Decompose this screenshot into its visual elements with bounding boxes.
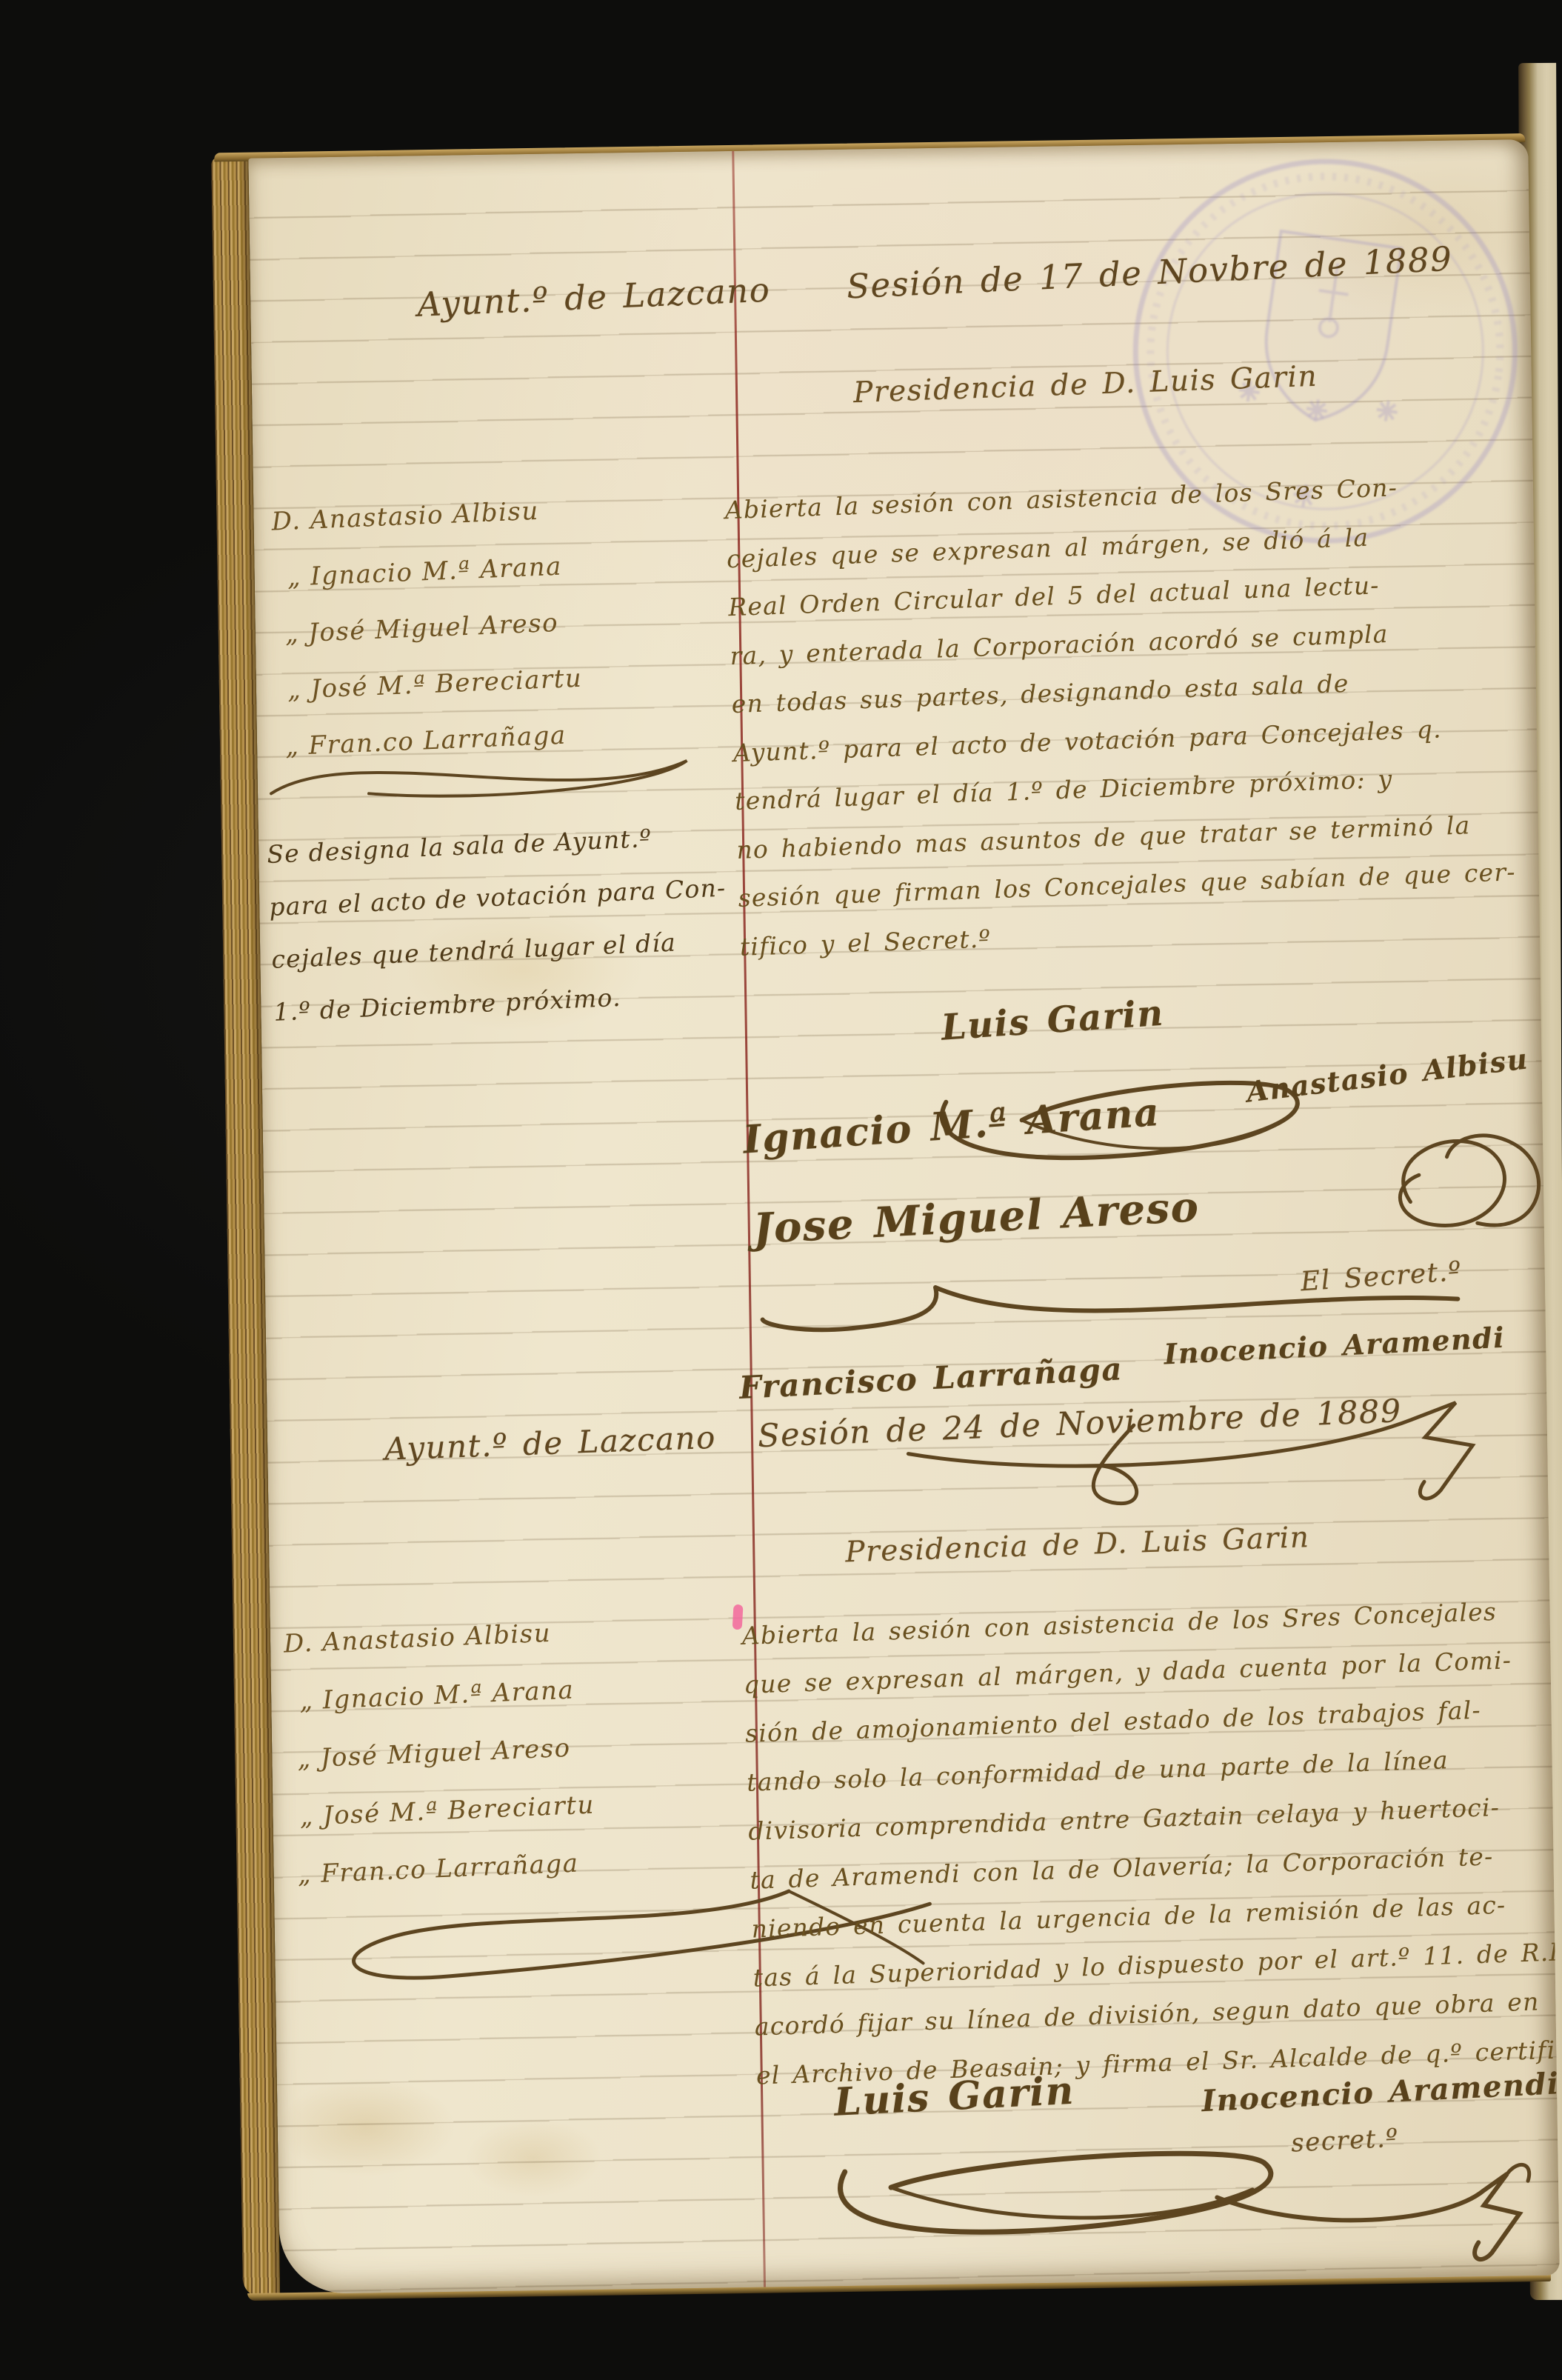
session2-body-text: Abierta la sesión con asistencia de los …: [741, 1584, 1560, 2100]
session2-attendee-list: D. Anastasio Albisu „ Ignacio M.ª Arana …: [282, 1603, 598, 1904]
session1-margin-note: Se designa la sala de Ayunt.º para el ac…: [266, 809, 732, 1039]
manuscript-sheet: Ayunt.º de Lazcano Sesión de 17 de Novbr…: [248, 139, 1560, 2294]
session1-body-text: Abierta la sesión con asistencia de los …: [724, 460, 1518, 971]
rubric-aramendi-2: [1207, 2148, 1535, 2272]
pink-archive-mark: [732, 1604, 744, 1630]
attendee-list-flourish: [264, 744, 710, 810]
manuscript-scan: Ayunt.º de Lazcano Sesión de 17 de Novbr…: [0, 0, 1562, 2380]
session1-attendee-list: D. Anastasio Albisu „ Ignacio M.ª Arana …: [270, 481, 586, 776]
rubric-anastasio-albisu: [1365, 1111, 1560, 1266]
minutes-book-page: Ayunt.º de Lazcano Sesión de 17 de Novbr…: [211, 133, 1560, 2301]
